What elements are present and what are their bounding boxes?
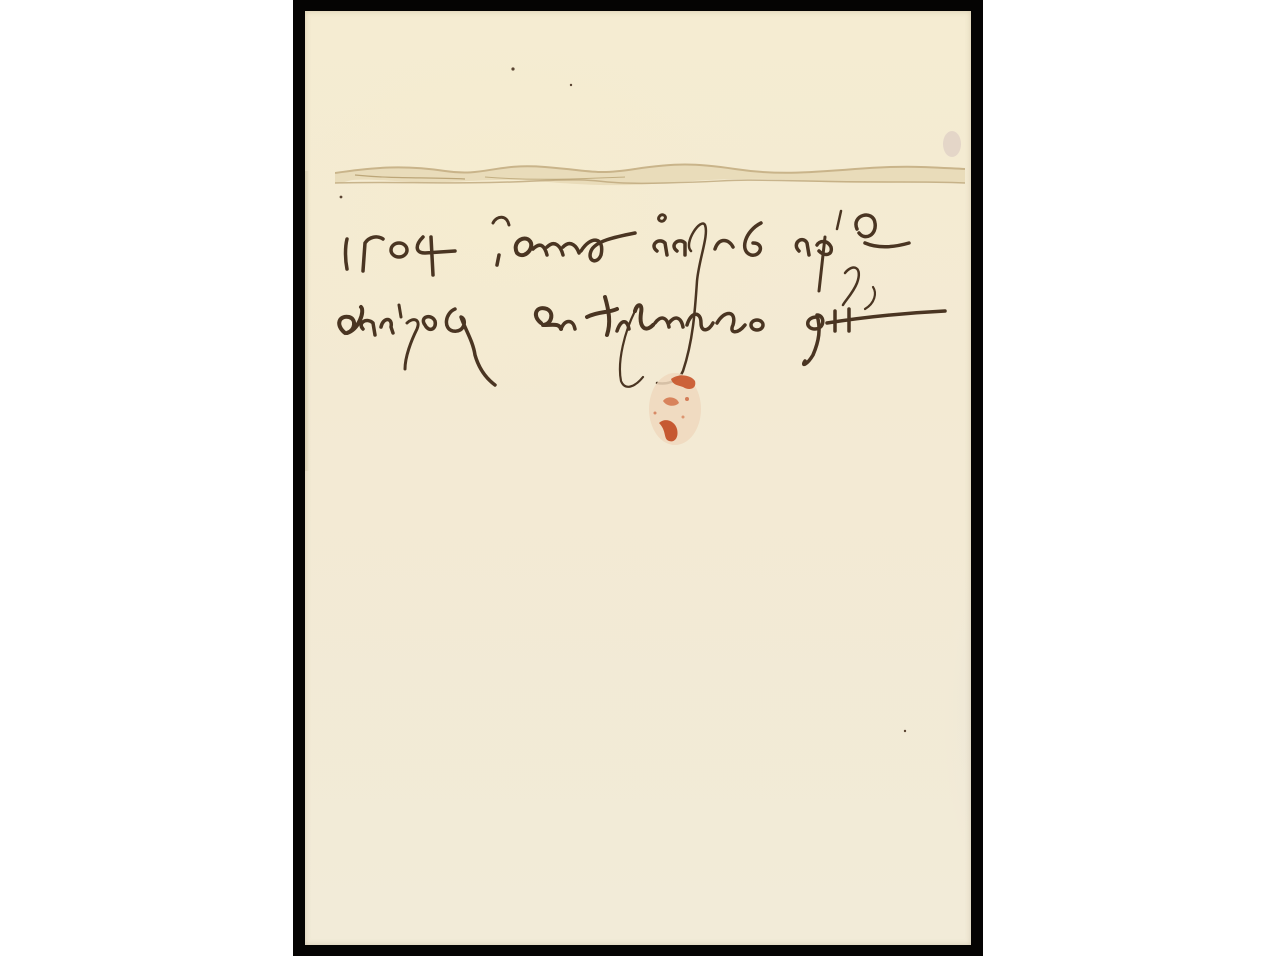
handwritten-docket — [305, 11, 971, 945]
wax-seal-remnant — [645, 371, 705, 447]
letter-paper: 1504 i Genova a dì 26 aprile da Napoli d… — [305, 11, 971, 945]
photo-stage: 1504 i Genova a dì 26 aprile da Napoli d… — [0, 0, 1276, 956]
